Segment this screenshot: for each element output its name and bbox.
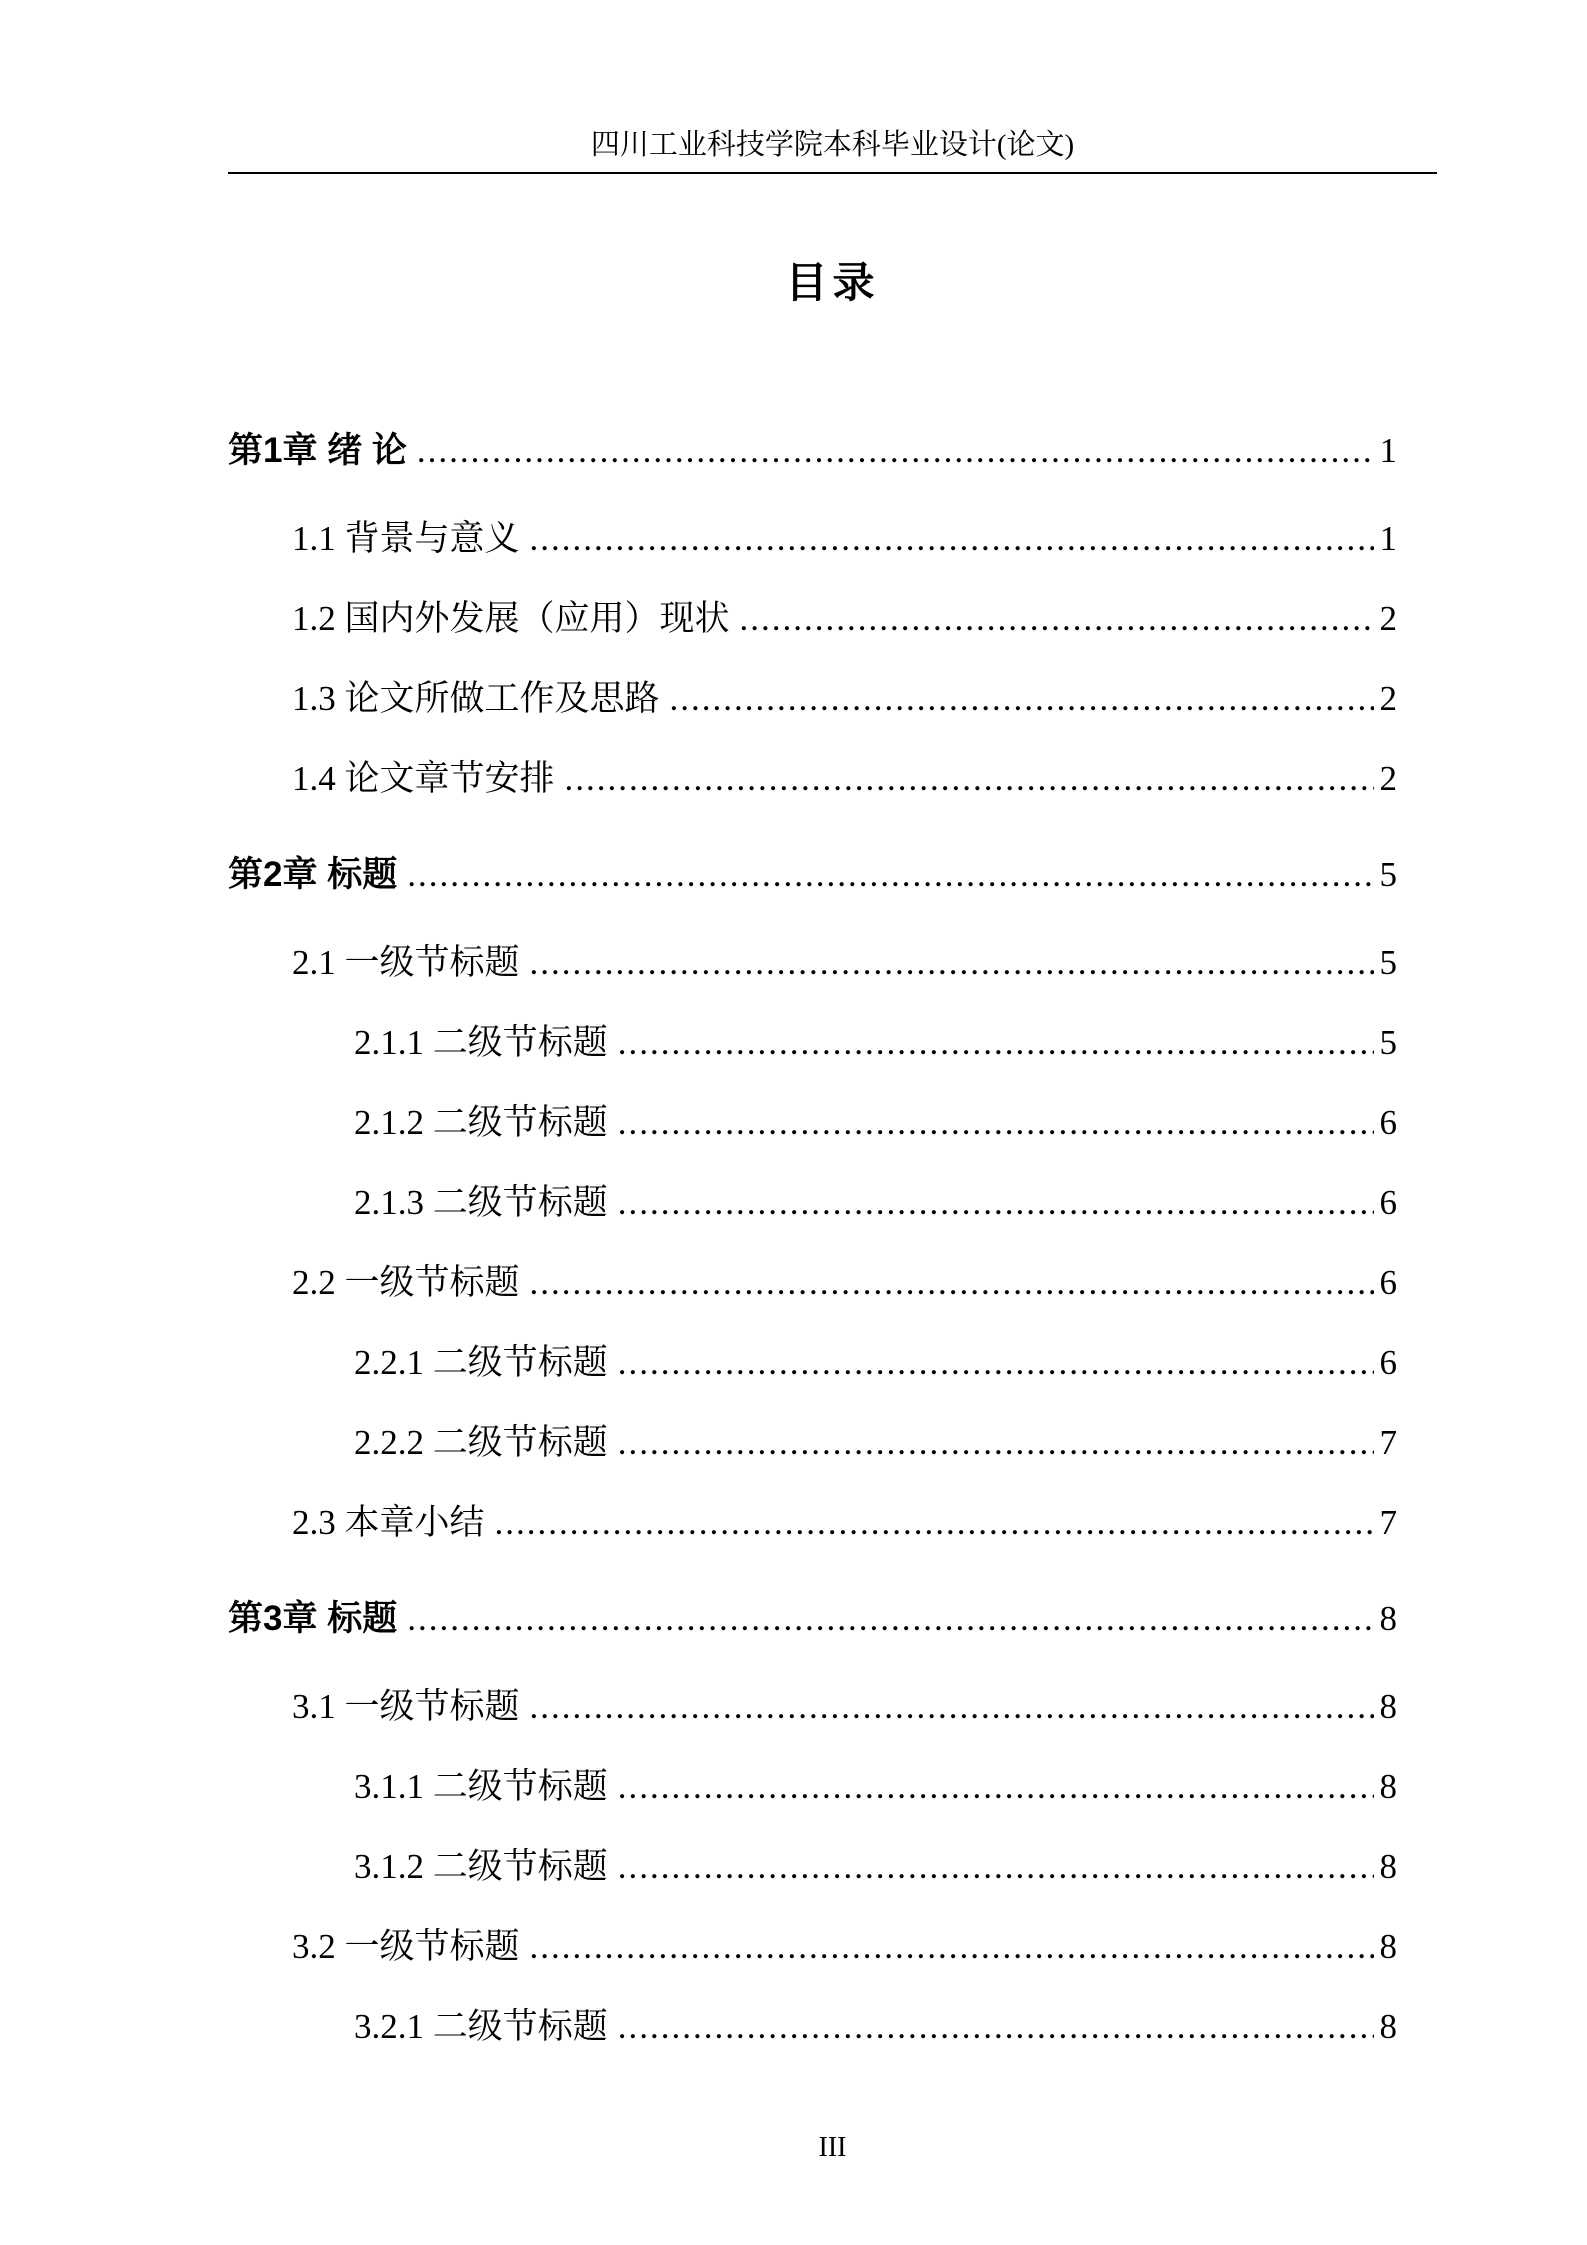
toc-entry[interactable]: 1.1 背景与意义 ..............................… xyxy=(228,499,1397,579)
toc-entry-label: 3.1.1 二级节标题 xyxy=(354,1747,608,1827)
toc-entry-label: 2.2 一级节标题 xyxy=(292,1243,520,1323)
page-header-text: 四川工业科技学院本科毕业设计(论文) xyxy=(591,129,1074,161)
toc-entry-label: 第2章 标题 xyxy=(228,835,397,915)
toc-entry-label: 2.3 本章小结 xyxy=(292,1483,485,1563)
toc-leader-dots: ........................................… xyxy=(530,1907,1374,1987)
toc-entry[interactable]: 2.1 一级节标题 ..............................… xyxy=(228,923,1397,1003)
toc-entry-label: 2.2.1 二级节标题 xyxy=(354,1323,608,1403)
toc-entry-label: 第1章 绪 论 xyxy=(228,411,407,491)
toc-leader-dots: ........................................… xyxy=(530,923,1374,1003)
toc-entry[interactable]: 3.1.2 二级节标题 ............................… xyxy=(228,1827,1397,1907)
toc-leader-dots: ........................................… xyxy=(565,739,1374,819)
toc-page-number: 8 xyxy=(1380,1667,1398,1747)
toc-entry[interactable]: 3.2.1 二级节标题 ............................… xyxy=(228,1987,1397,2067)
toc-leader-dots: ........................................… xyxy=(670,659,1374,739)
toc-page-number: 5 xyxy=(1380,1003,1398,1083)
toc-leader-dots: ........................................… xyxy=(618,1747,1374,1827)
toc-entry-label: 3.1 一级节标题 xyxy=(292,1667,520,1747)
toc-leader-dots: ........................................… xyxy=(618,1323,1374,1403)
toc-page-number: 2 xyxy=(1380,739,1398,819)
table-of-contents: 第1章 绪 论 ................................… xyxy=(228,395,1397,2067)
toc-leader-dots: ........................................… xyxy=(530,1243,1374,1323)
toc-entry-label: 2.1.3 二级节标题 xyxy=(354,1163,608,1243)
toc-page-number: 8 xyxy=(1380,1987,1398,2067)
toc-entry[interactable]: 第3章 标题 .................................… xyxy=(228,1579,1397,1659)
toc-leader-dots: ........................................… xyxy=(618,1003,1374,1083)
toc-entry-label: 1.4 论文章节安排 xyxy=(292,739,555,819)
toc-entry[interactable]: 3.1.1 二级节标题 ............................… xyxy=(228,1747,1397,1827)
toc-entry[interactable]: 1.2 国内外发展（应用）现状 ........................… xyxy=(228,579,1397,659)
toc-page-number: 2 xyxy=(1380,659,1398,739)
toc-leader-dots: ........................................… xyxy=(618,1083,1374,1163)
toc-entry-label: 1.3 论文所做工作及思路 xyxy=(292,659,660,739)
toc-leader-dots: ........................................… xyxy=(618,1827,1374,1907)
toc-entry-label: 2.2.2 二级节标题 xyxy=(354,1403,608,1483)
toc-page-number: 8 xyxy=(1380,1747,1398,1827)
toc-leader-dots: ........................................… xyxy=(407,1579,1373,1659)
toc-leader-dots: ........................................… xyxy=(530,499,1374,579)
toc-entry-label: 1.2 国内外发展（应用）现状 xyxy=(292,579,730,659)
toc-entry[interactable]: 2.3 本章小结 ...............................… xyxy=(228,1483,1397,1563)
toc-leader-dots: ........................................… xyxy=(740,579,1374,659)
toc-leader-dots: ........................................… xyxy=(618,1403,1374,1483)
toc-entry-label: 2.1 一级节标题 xyxy=(292,923,520,1003)
toc-page-number: 8 xyxy=(1380,1579,1398,1659)
toc-entry[interactable]: 第1章 绪 论 ................................… xyxy=(228,411,1397,491)
toc-entry[interactable]: 2.2 一级节标题 ..............................… xyxy=(228,1243,1397,1323)
toc-entry[interactable]: 第2章 标题 .................................… xyxy=(228,835,1397,915)
toc-page-number: 5 xyxy=(1380,835,1398,915)
toc-entry-label: 2.1.2 二级节标题 xyxy=(354,1083,608,1163)
toc-entry[interactable]: 2.1.3 二级节标题 ............................… xyxy=(228,1163,1397,1243)
toc-entry[interactable]: 2.1.1 二级节标题 ............................… xyxy=(228,1003,1397,1083)
toc-page-number: 8 xyxy=(1380,1907,1398,1987)
toc-page-number: 6 xyxy=(1380,1243,1398,1323)
toc-page-number: 5 xyxy=(1380,923,1398,1003)
page-header: 四川工业科技学院本科毕业设计(论文) xyxy=(228,119,1437,174)
toc-page-number: 1 xyxy=(1380,499,1398,579)
toc-page-number: 6 xyxy=(1380,1163,1398,1243)
toc-page-number: 2 xyxy=(1380,579,1398,659)
toc-page-number: 1 xyxy=(1380,411,1398,491)
toc-entry[interactable]: 2.1.2 二级节标题 ............................… xyxy=(228,1083,1397,1163)
toc-entry[interactable]: 2.2.1 二级节标题 ............................… xyxy=(228,1323,1397,1403)
toc-entry[interactable]: 3.2 一级节标题 ..............................… xyxy=(228,1907,1397,1987)
toc-page-number: 7 xyxy=(1380,1403,1398,1483)
toc-entry[interactable]: 1.4 论文章节安排 .............................… xyxy=(228,739,1397,819)
toc-leader-dots: ........................................… xyxy=(407,835,1373,915)
toc-entry-label: 第3章 标题 xyxy=(228,1579,397,1659)
toc-entry[interactable]: 3.1 一级节标题 ..............................… xyxy=(228,1667,1397,1747)
toc-page-number: 6 xyxy=(1380,1323,1398,1403)
toc-entry-label: 2.1.1 二级节标题 xyxy=(354,1003,608,1083)
toc-page-number: 6 xyxy=(1380,1083,1398,1163)
toc-entry[interactable]: 1.3 论文所做工作及思路 ..........................… xyxy=(228,659,1397,739)
toc-entry-label: 3.2 一级节标题 xyxy=(292,1907,520,1987)
toc-page-number: 8 xyxy=(1380,1827,1398,1907)
toc-leader-dots: ........................................… xyxy=(530,1667,1374,1747)
page-title: 目录 xyxy=(228,252,1437,314)
toc-entry-label: 1.1 背景与意义 xyxy=(292,499,520,579)
toc-page-number: 7 xyxy=(1380,1483,1398,1563)
toc-leader-dots: ........................................… xyxy=(495,1483,1374,1563)
toc-entry-label: 3.2.1 二级节标题 xyxy=(354,1987,608,2067)
toc-entry[interactable]: 2.2.2 二级节标题 ............................… xyxy=(228,1403,1397,1483)
toc-leader-dots: ........................................… xyxy=(417,411,1374,491)
toc-leader-dots: ........................................… xyxy=(618,1163,1374,1243)
toc-entry-label: 3.1.2 二级节标题 xyxy=(354,1827,608,1907)
footer-page-number: III xyxy=(228,2122,1437,2174)
toc-leader-dots: ........................................… xyxy=(618,1987,1374,2067)
